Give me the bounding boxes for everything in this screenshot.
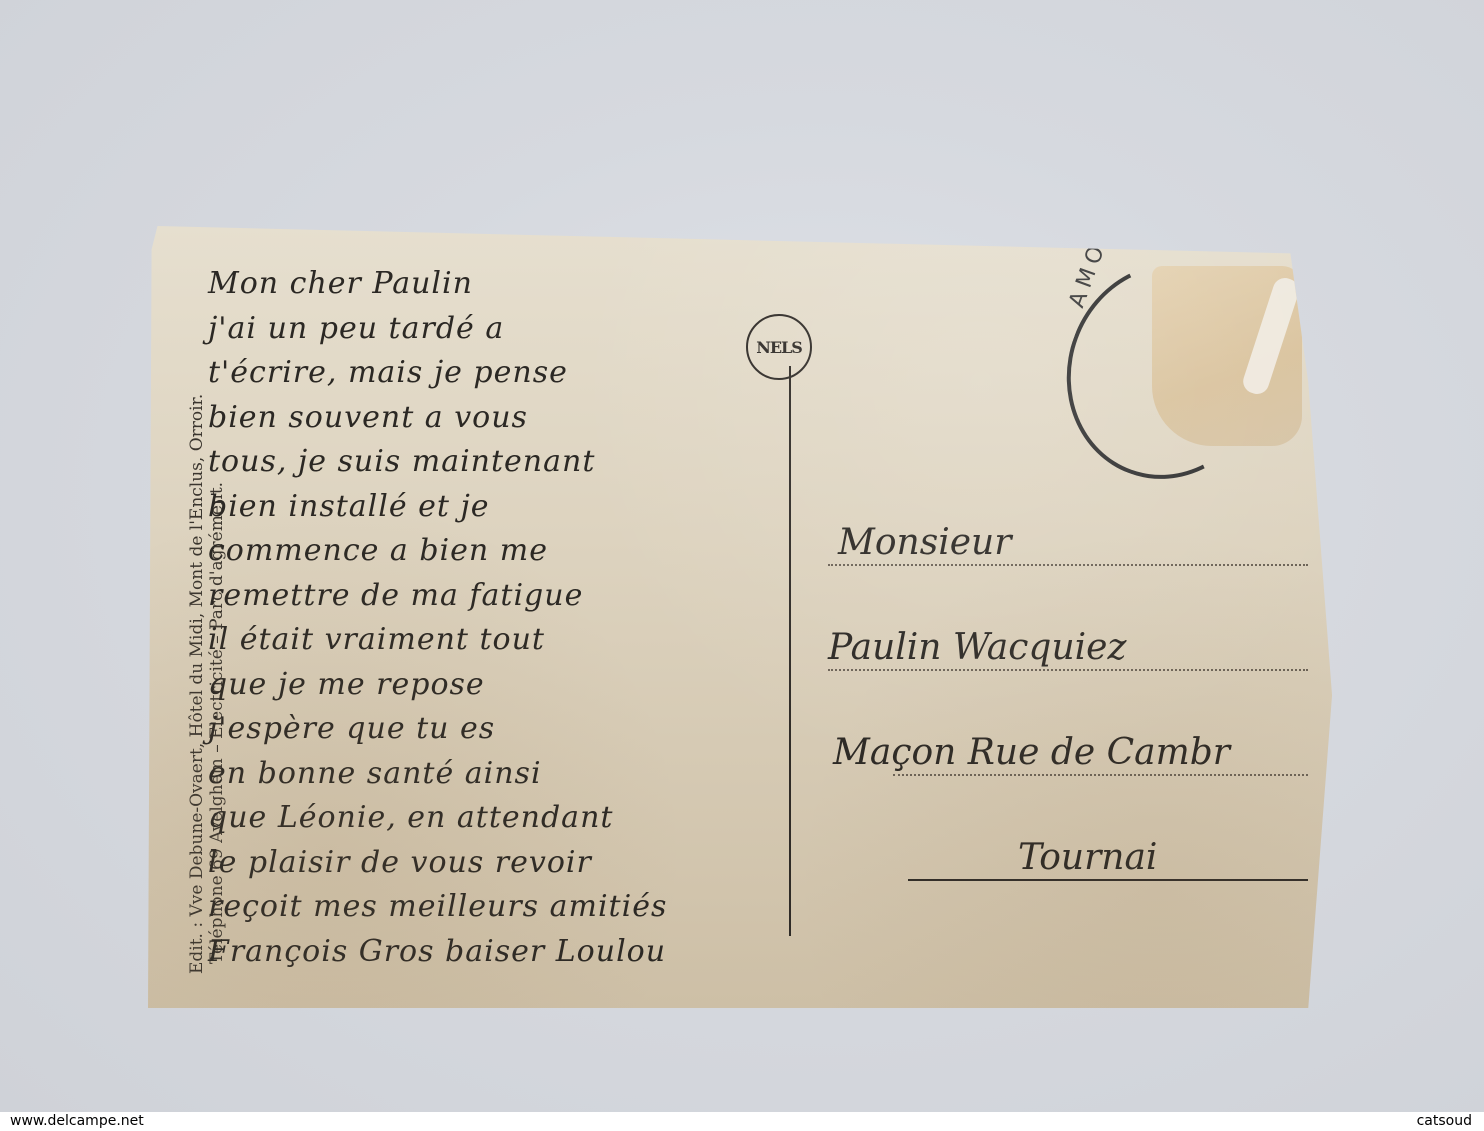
- message-line: il était vraiment tout: [208, 618, 868, 663]
- message-line: Mon cher Paulin: [208, 262, 868, 307]
- address-line: Tournai: [1018, 837, 1157, 878]
- address-row: Maçon Rue de Cambr: [828, 706, 1308, 811]
- publisher-line-1: Edit. : Vve Debune-Ovaert, Hôtel du Midi…: [187, 394, 207, 974]
- message-line: tous, je suis maintenant: [208, 440, 868, 485]
- message-line: bien installé et je: [208, 485, 868, 530]
- message-line: reçoit mes meilleurs amitiés: [208, 885, 868, 930]
- postcard: Edit. : Vve Debune-Ovaert, Hôtel du Midi…: [148, 226, 1338, 1008]
- message-line: que Léonie, en attendant: [208, 796, 868, 841]
- photo-background: Edit. : Vve Debune-Ovaert, Hôtel du Midi…: [0, 0, 1484, 1112]
- watermark-seller: catsoud: [1417, 1113, 1472, 1129]
- address-solid-line: [908, 879, 1308, 881]
- watermark-site: www.delcampe.net: [10, 1113, 144, 1129]
- address-dotted-line: [828, 564, 1308, 566]
- message-line: j'espère que tu es: [208, 707, 868, 752]
- handwritten-message: Mon cher Paulin j'ai un peu tardé a t'éc…: [208, 262, 868, 974]
- address-line: Maçon Rue de Cambr: [833, 732, 1230, 773]
- watermark-bar: [0, 1112, 1484, 1131]
- message-line: bien souvent a vous: [208, 396, 868, 441]
- message-line: commence a bien me: [208, 529, 868, 574]
- address-dotted-line: [828, 669, 1308, 671]
- message-line: t'écrire, mais je pense: [208, 351, 868, 396]
- message-line: François Gros baiser Loulou: [208, 930, 868, 975]
- address-row: Paulin Wacquiez: [828, 601, 1308, 706]
- address-line: Paulin Wacquiez: [828, 627, 1126, 668]
- address-block: Monsieur Paulin Wacquiez Maçon Rue de Ca…: [828, 496, 1308, 916]
- message-line: j'ai un peu tardé a: [208, 307, 868, 352]
- message-line: le plaisir de vous revoir: [208, 841, 868, 886]
- address-dotted-line: [893, 774, 1308, 776]
- message-line: en bonne santé ainsi: [208, 752, 868, 797]
- message-line: que je me repose: [208, 663, 868, 708]
- address-row: Tournai: [828, 811, 1308, 916]
- message-line: remettre de ma fatigue: [208, 574, 868, 619]
- address-row: Monsieur: [828, 496, 1308, 601]
- address-line: Monsieur: [838, 522, 1011, 563]
